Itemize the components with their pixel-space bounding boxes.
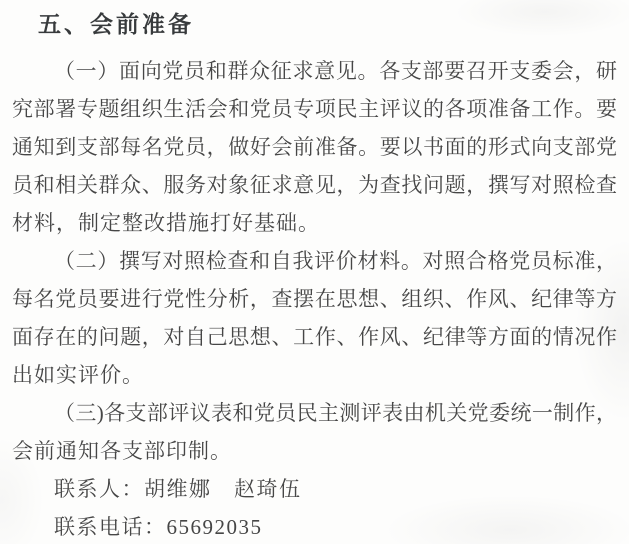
paragraph-3: （三)各支部评议表和党员民主测评表由机关党委统一制作， 会前通知各支部印制。 <box>12 394 617 470</box>
text-line: （三)各支部评议表和党员民主测评表由机关党委统一制作， <box>12 394 617 432</box>
text-line: （二）撰写对照检查和自我评价材料。对照合格党员标准， <box>12 242 617 280</box>
paragraph-2: （二）撰写对照检查和自我评价材料。对照合格党员标准， 每名党员要进行党性分析，查… <box>12 242 617 394</box>
text-line: 面存在的问题，对自己思想、工作、作风、纪律等方面的情况作 <box>12 318 617 356</box>
text-line: 材料，制定整改措施打好基础。 <box>12 204 617 242</box>
text-line: （一）面向党员和群众征求意见。各支部要召开支委会，研 <box>12 52 617 90</box>
contact-person-line: 联系人：胡维娜 赵琦伍 <box>12 470 617 508</box>
section-heading: 五、会前准备 <box>38 10 617 38</box>
contact-phone-line: 联系电话：65692035 <box>12 508 617 544</box>
text-line: 究部署专题组织生活会和党员专项民主评议的各项准备工作。要 <box>12 90 617 128</box>
text-line: 每名党员要进行党性分析，查摆在思想、组织、作风、纪律等方 <box>12 280 617 318</box>
text-line: 通知到支部每名党员，做好会前准备。要以书面的形式向支部党 <box>12 128 617 166</box>
text-line: 会前通知各支部印制。 <box>12 432 617 470</box>
paragraph-1: （一）面向党员和群众征求意见。各支部要召开支委会，研 究部署专题组织生活会和党员… <box>12 52 617 242</box>
document-page: 五、会前准备 （一）面向党员和群众征求意见。各支部要召开支委会，研 究部署专题组… <box>0 0 629 544</box>
text-line: 出如实评价。 <box>12 356 617 394</box>
text-line: 员和相关群众、服务对象征求意见，为查找问题，撰写对照检查 <box>12 166 617 204</box>
